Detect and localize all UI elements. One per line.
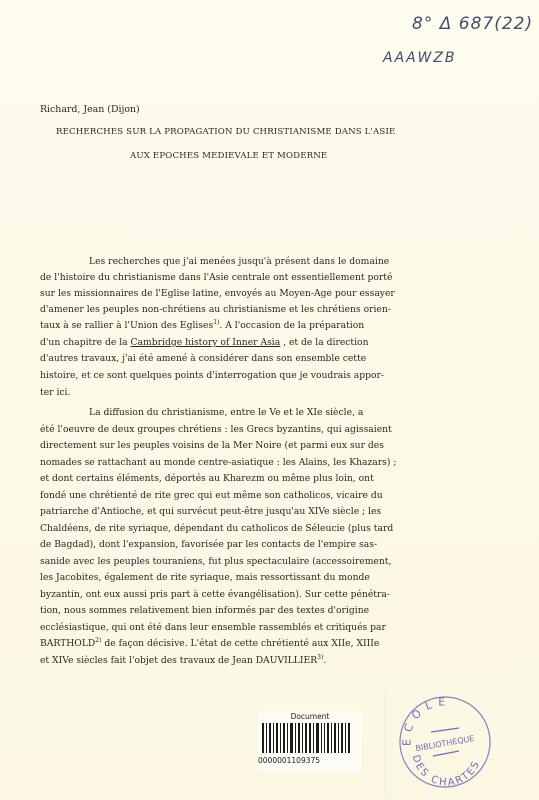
text-line: de Bagdad), dont l'expansion, favorisée … xyxy=(40,539,377,550)
text-line: tion, nous sommes relativement bien info… xyxy=(40,605,369,616)
document-page: 8° Δ 687(22) AAAWZB Richard, Jean (Dijon… xyxy=(0,0,539,800)
text-line: histoire, et ce sont quelques points d'i… xyxy=(40,370,384,381)
text-line: patriarche d'Antioche, et qui survécut p… xyxy=(40,506,381,517)
text-line: nomades se rattachant au monde centre-as… xyxy=(40,457,396,468)
handwritten-code: AAAWZB xyxy=(383,50,457,66)
text: . A l'occasion de la préparation xyxy=(219,320,364,331)
text-line: sanide avec les peuples touraniens, fut … xyxy=(40,556,391,567)
shelfmark-annotation: 8° Δ 687(22) xyxy=(412,14,533,34)
text: de façon décisive. L'état de cette chrét… xyxy=(101,638,379,649)
text-line: byzantin, ont eux aussi pris part à cett… xyxy=(40,589,390,600)
label-edge xyxy=(385,690,386,795)
text: . xyxy=(323,655,326,666)
barcode-title: Document xyxy=(258,712,362,721)
text-line: et dont certains éléments, déportés au K… xyxy=(40,473,374,484)
text-line: ter ici. xyxy=(40,387,70,398)
stamp-bottom-text: DES CHARTES xyxy=(410,754,483,789)
text-line: La diffusion du christianisme, entre le … xyxy=(89,407,363,418)
title-line-2: AUX EPOCHES MEDIEVALE ET MODERNE xyxy=(130,151,327,161)
text-line: BARTHOLD2) de façon décisive. L'état de … xyxy=(40,638,379,649)
svg-text:DES CHARTES: DES CHARTES xyxy=(410,754,483,789)
library-stamp: ECOLE BIBLIOTHEQUE DES CHARTES xyxy=(397,694,493,790)
text-line: directement sur les peuples voisins de l… xyxy=(40,440,384,451)
barcode-icon xyxy=(262,723,362,753)
text-line: fondé une chrétienté de rite grec qui eu… xyxy=(40,490,383,501)
barcode-number: 0000001109375 xyxy=(258,756,320,765)
text-line: et XIVe siècles fait l'objet des travaux… xyxy=(40,655,326,666)
text-line: d'amener les peuples non-chrétiens au ch… xyxy=(40,304,391,315)
text-line: taux à se rallier à l'Union des Eglises1… xyxy=(40,320,364,331)
stamp-middle-text: BIBLIOTHEQUE xyxy=(415,734,475,753)
text: d'un chapitre de la xyxy=(40,337,131,348)
text-line: les Jacobites, également de rite syriaqu… xyxy=(40,572,370,583)
text: , et de la direction xyxy=(280,337,368,348)
text: BARTHOLD xyxy=(40,638,95,649)
text-line: Les recherches que j'ai menées jusqu'à p… xyxy=(89,256,389,267)
text: et XIVe siècles fait l'objet des travaux… xyxy=(40,655,317,666)
stamp-seal-icon: ECOLE BIBLIOTHEQUE DES CHARTES xyxy=(397,694,493,790)
text-line: d'autres travaux, j'ai été amené à consi… xyxy=(40,353,366,364)
text-line: été l'oeuvre de deux groupes chrétiens :… xyxy=(40,424,392,435)
cited-work-title: Cambridge history of Inner Asia xyxy=(131,337,281,348)
author-line: Richard, Jean (Dijon) xyxy=(40,104,140,115)
text-line: de l'histoire du christianisme dans l'As… xyxy=(40,272,392,283)
title-line-1: RECHERCHES SUR LA PROPAGATION DU CHRISTI… xyxy=(56,127,395,137)
text-line: Chaldéens, de rite syriaque, dépendant d… xyxy=(40,523,393,534)
text-line: ecclésiastique, qui ont été dans leur en… xyxy=(40,622,386,633)
text-line: sur les missionnaires de l'Eglise latine… xyxy=(40,288,395,299)
barcode-label: Document 0000001109375 xyxy=(258,711,362,771)
text-line: d'un chapitre de la Cambridge history of… xyxy=(40,337,369,348)
text: taux à se rallier à l'Union des Eglises xyxy=(40,320,213,331)
